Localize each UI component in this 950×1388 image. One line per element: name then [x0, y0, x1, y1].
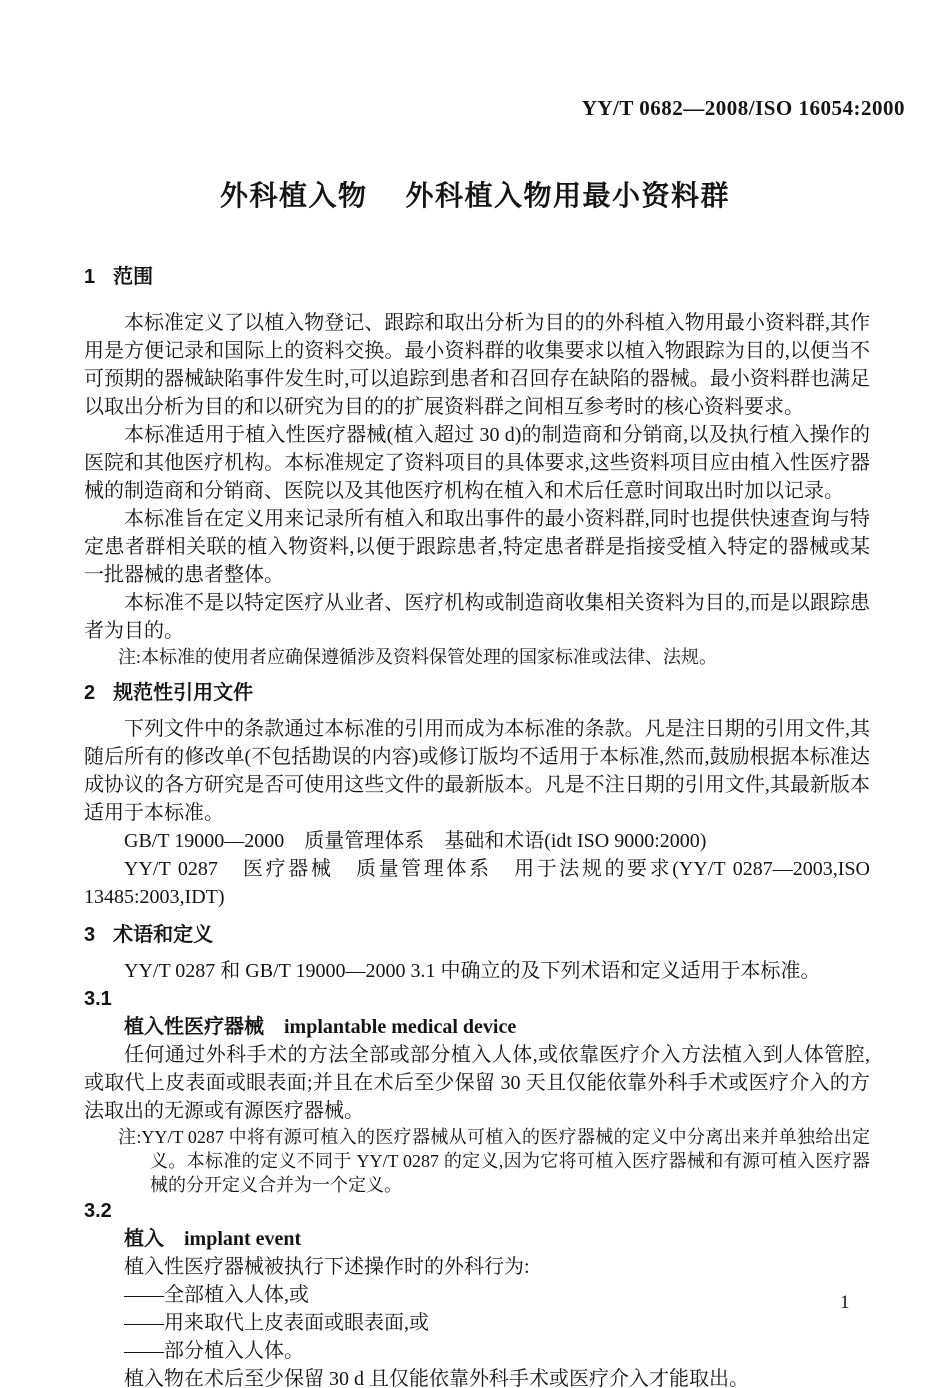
section-heading-references: 2 规范性引用文件 — [84, 679, 870, 707]
scope-paragraph: 本标准旨在定义用来记录所有植入和取出事件的最小资料群,同时也提供快速查询与特定患… — [84, 505, 870, 589]
section-heading-scope: 1 范围 — [84, 263, 870, 291]
section-title: 术语和定义 — [113, 921, 213, 949]
term-zh: 植入 — [124, 1228, 164, 1250]
term-zh: 植入性医疗器械 — [124, 1016, 264, 1038]
document-page: YY/T 0682—2008/ISO 16054:2000 外科植入物外科植入物… — [0, 0, 950, 1388]
scope-paragraph: 本标准定义了以植入物登记、跟踪和取出分析为目的的外科植入物用最小资料群,其作用是… — [84, 309, 870, 421]
scope-paragraph: 本标准不是以特定医疗从业者、医疗机构或制造商收集相关资料为目的,而是以跟踪患者为… — [84, 589, 870, 645]
term-note: 注:YY/T 0287 中将有源可植入的医疗器械从可植入的医疗器械的定义中分离出… — [118, 1125, 870, 1197]
term-definition-intro: 植入性医疗器械被执行下述操作时的外科行为: — [84, 1253, 870, 1281]
term-en: implant event — [184, 1228, 301, 1250]
document-body: 1 范围 本标准定义了以植入物登记、跟踪和取出分析为目的的外科植入物用最小资料群… — [84, 263, 870, 1388]
term-bullet: ——全部植入人体,或 — [84, 1281, 870, 1309]
term-definition-end: 植入物在术后至少保留 30 d 且仅能依靠外科手术或医疗介入才能取出。 — [84, 1365, 870, 1388]
document-title-part1: 外科植入物 — [220, 180, 368, 211]
standard-code: YY/T 0682—2008/ISO 16054:2000 — [0, 97, 950, 119]
term-bullet: ——部分植入人体。 — [84, 1337, 870, 1365]
scope-note: 注:本标准的使用者应确保遵循涉及资料保管处理的国家标准或法律、法规。 — [118, 645, 870, 669]
references-intro: 下列文件中的条款通过本标准的引用而成为本标准的条款。凡是注日期的引用文件,其随后… — [84, 715, 870, 827]
reference-item: YY/T 0287 医疗器械 质量管理体系 用于法规的要求(YY/T 0287—… — [84, 855, 870, 911]
section-number: 2 — [84, 679, 95, 707]
term-entry: 植入implant event — [84, 1225, 870, 1253]
term-definition: 任何通过外科手术的方法全部或部分植入人体,或依靠医疗介入方法植入到人体管腔,或取… — [84, 1041, 870, 1125]
terms-intro: YY/T 0287 和 GB/T 19000—2000 3.1 中确立的及下列术… — [84, 957, 870, 985]
section-heading-terms: 3 术语和定义 — [84, 921, 870, 949]
section-number: 3 — [84, 921, 95, 949]
page-number: 1 — [840, 1292, 850, 1314]
term-number: 3.2 — [84, 1197, 870, 1225]
term-number: 3.1 — [84, 985, 870, 1013]
term-entry: 植入性医疗器械implantable medical device — [84, 1013, 870, 1041]
section-title: 规范性引用文件 — [113, 679, 253, 707]
document-title: 外科植入物外科植入物用最小资料群 — [0, 181, 950, 211]
section-number: 1 — [84, 263, 95, 291]
scope-paragraph: 本标准适用于植入性医疗器械(植入超过 30 d)的制造商和分销商,以及执行植入操… — [84, 421, 870, 505]
reference-item: GB/T 19000—2000 质量管理体系 基础和术语(idt ISO 900… — [84, 827, 870, 855]
term-en: implantable medical device — [284, 1016, 516, 1038]
section-title: 范围 — [113, 263, 153, 291]
document-title-part2: 外科植入物用最小资料群 — [406, 180, 731, 211]
term-bullet: ——用来取代上皮表面或眼表面,或 — [84, 1309, 870, 1337]
